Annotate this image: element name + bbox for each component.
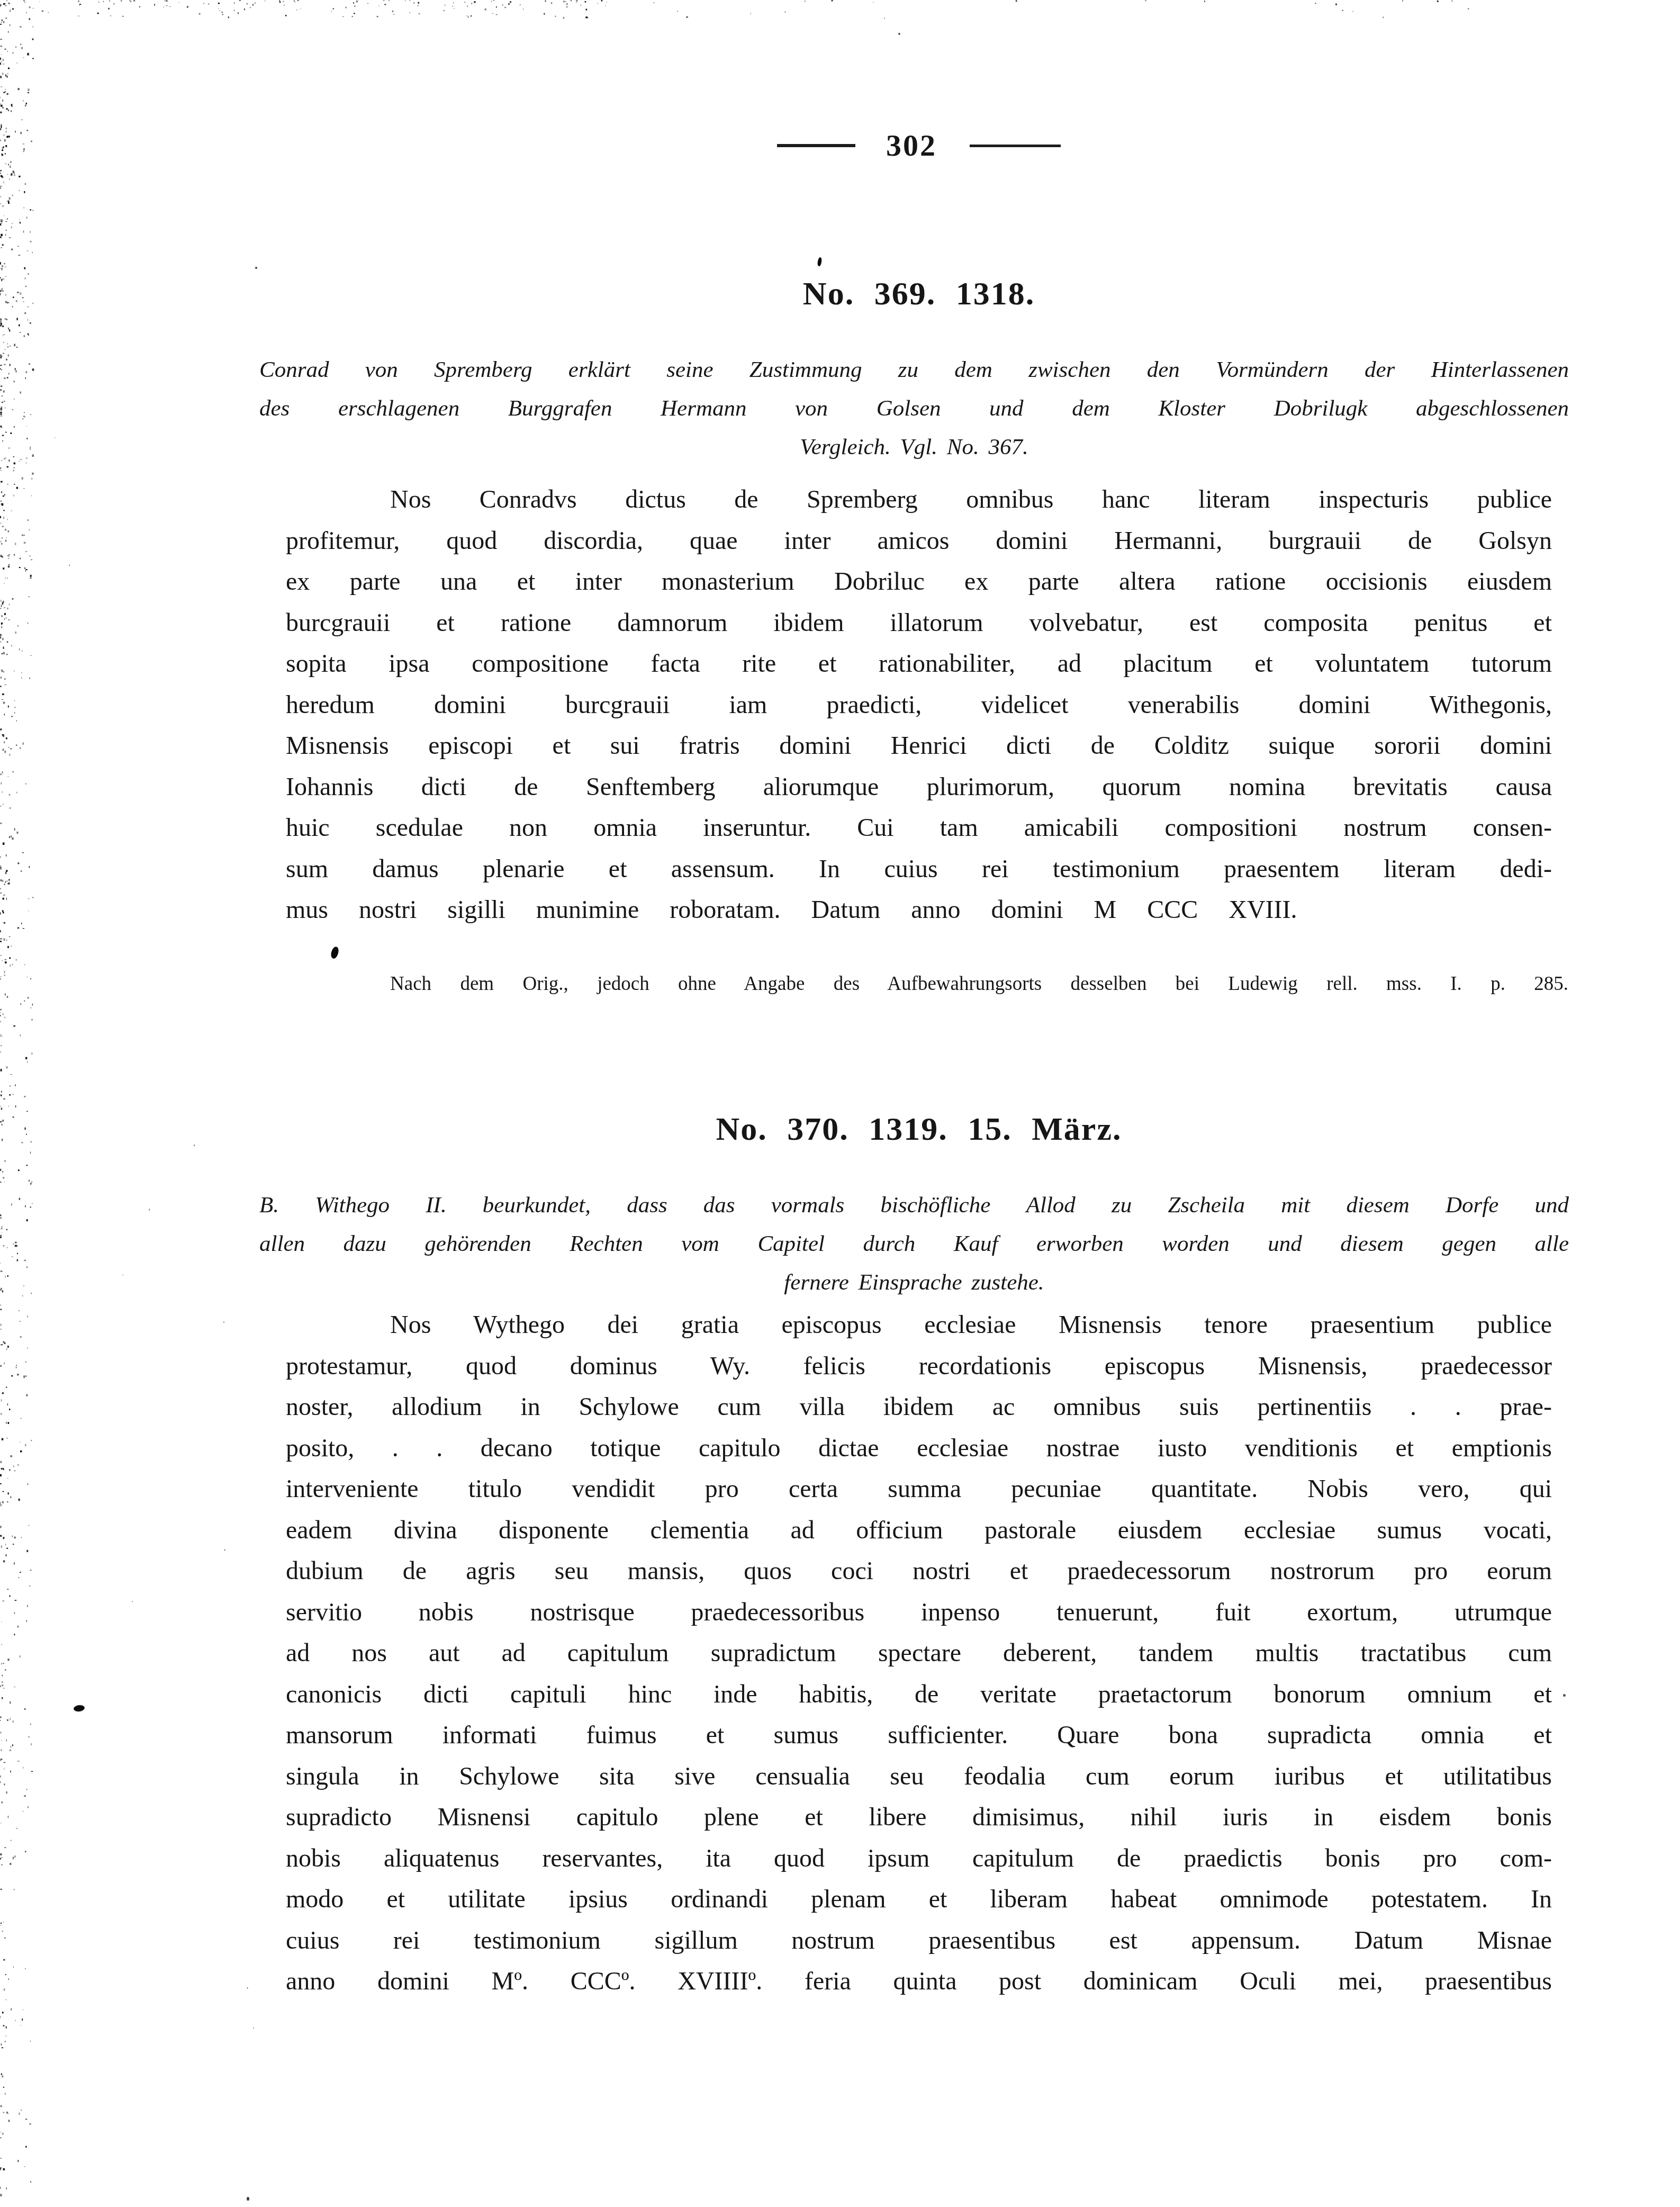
text-line: mansorum informati fuimus et sumus suffi… [286,1715,1552,1756]
text-line: noster, allodium in Schylowe cum villa i… [286,1386,1552,1428]
charter-369-text: Nos Conradvs dictus de Spremberg omnibus… [286,479,1552,931]
charter-369-regest: Conrad von Spremberg erklärt seine Zusti… [259,350,1569,466]
regest-line: Conrad von Spremberg erklärt seine Zusti… [259,350,1569,389]
text-line: canonicis dicti capituli hinc inde habit… [286,1674,1552,1715]
regest-line: fernere Einsprache zustehe. [259,1263,1569,1302]
margin-ink-blot [73,1705,85,1712]
regest-line: allen dazu gehörenden Rechten vom Capite… [259,1224,1569,1263]
ink-speck [898,33,900,35]
ink-speck [255,267,257,269]
text-line: servitio nobis nostrisque praedecessorib… [286,1592,1552,1633]
text-line: posito, . . decano totique capitulo dict… [286,1428,1552,1469]
page-header: 302 [286,123,1552,168]
ink-speck [1563,1694,1566,1697]
page-number: 302 [886,130,937,161]
text-line: sopita ipsa compositione facta rite et r… [286,643,1552,684]
text-line: supradicto Misnensi capitulo plene et li… [286,1797,1552,1838]
text-line: burcgrauii et ratione damnorum ibidem il… [286,602,1552,644]
text-line: Nos Conradvs dictus de Spremberg omnibus… [286,479,1552,520]
text-line: interveniente titulo vendidit pro certa … [286,1469,1552,1510]
charter-370-heading: No. 370. 1319. 15. März. [286,1110,1552,1149]
charter-370-text: Nos Wythego dei gratia episcopus ecclesi… [286,1304,1552,2002]
text-line: heredum domini burcgrauii iam praedicti,… [286,684,1552,726]
text-line: mus nostri sigilli munimine roboratam. D… [286,889,1552,931]
text-line: ex parte una et inter monasterium Dobril… [286,561,1552,602]
text-line: cuius rei testimonium sigillum nostrum p… [286,1920,1552,1961]
text-line: modo et utilitate ipsius ordinandi plena… [286,1879,1552,1920]
text-line: ad nos aut ad capitulum supradictum spec… [286,1633,1552,1674]
text-line: nobis aliquatenus reservantes, ita quod … [286,1838,1552,1879]
text-line: huic scedulae non omnia inseruntur. Cui … [286,807,1552,849]
scanned-book-page: 302 No. 369. 1318. Conrad von Spremberg … [0,0,1680,2207]
text-line: dubium de agris seu mansis, quos coci no… [286,1551,1552,1592]
header-rule-right [970,145,1061,147]
text-block: 302 No. 369. 1318. Conrad von Spremberg … [286,0,1552,2207]
charter-369-source-note: Nach dem Orig., jedoch ohne Angabe des A… [390,972,1568,996]
text-line: sum damus plenarie et assensum. In cuius… [286,849,1552,890]
text-line: protestamur, quod dominus Wy. felicis re… [286,1346,1552,1387]
text-line: eadem divina disponente clementia ad off… [286,1510,1552,1551]
text-line: anno domini Mº. CCCº. XVIIIIº. feria qui… [286,1961,1552,2002]
text-line: singula in Schylowe sita sive censualia … [286,1756,1552,1797]
charter-369-heading: No. 369. 1318. [286,274,1552,313]
charter-370-regest: B. Withego II. beurkundet, dass das vorm… [259,1186,1569,1302]
text-line: Iohannis dicti de Senftemberg aliorumque… [286,767,1552,808]
regest-line: Vergleich. Vgl. No. 367. [259,428,1569,466]
ink-speck [247,2197,249,2201]
regest-line: B. Withego II. beurkundet, dass das vorm… [259,1186,1569,1224]
text-line: Nos Wythego dei gratia episcopus ecclesi… [286,1304,1552,1346]
text-line: Misnensis episcopi et sui fratris domini… [286,725,1552,767]
header-rule-left [777,144,855,147]
text-line: profitemur, quod discordia, quae inter a… [286,520,1552,562]
regest-line: des erschlagenen Burggrafen Hermann von … [259,389,1569,428]
